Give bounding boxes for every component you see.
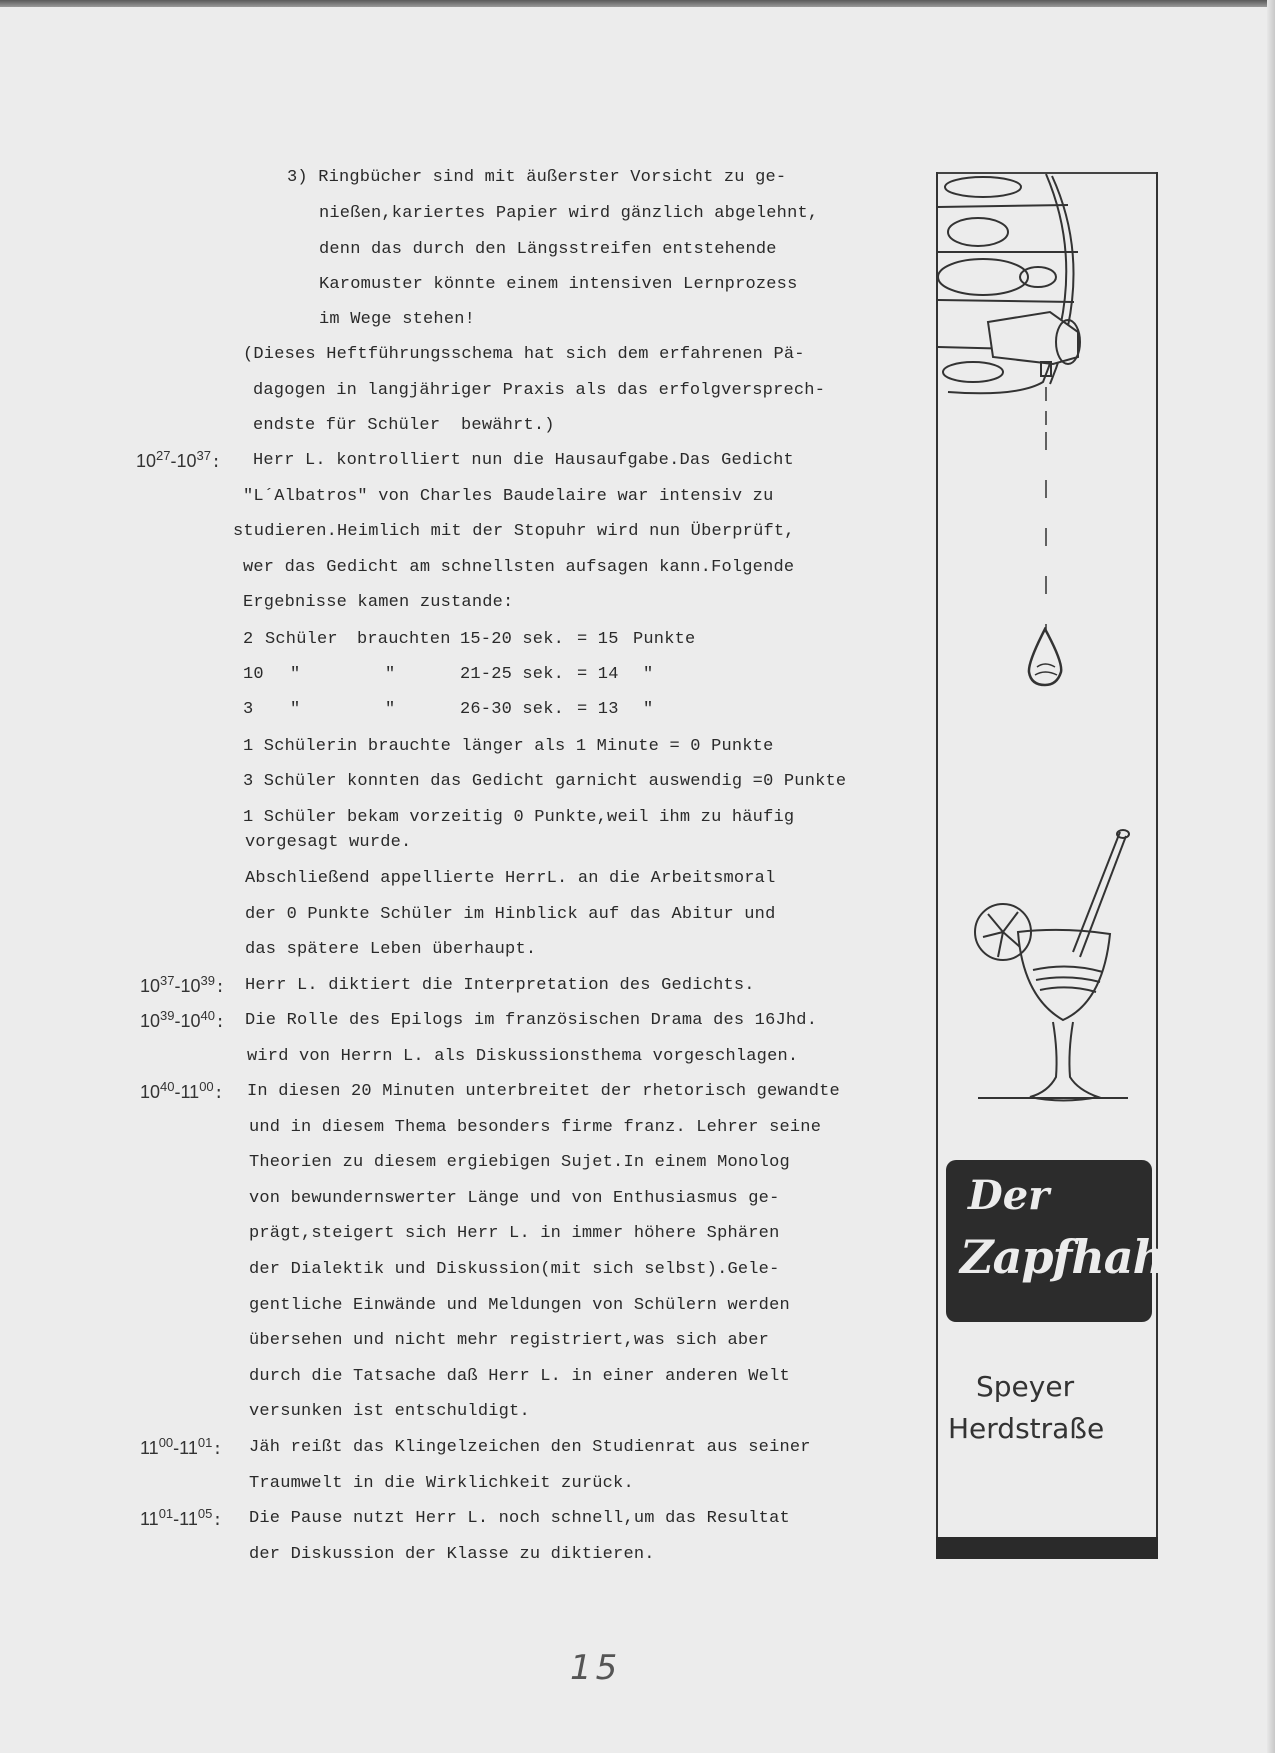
entry-line: Herr L. kontrolliert nun die Hausaufgabe…: [253, 451, 794, 471]
timestamp: 1039-1040:: [140, 1011, 225, 1034]
entry-line: 3 Schüler konnten das Gedicht garnicht a…: [243, 772, 846, 792]
entry-line: vorgesagt wurde.: [245, 833, 411, 853]
entry-line: studieren.Heimlich mit der Stopuhr wird …: [233, 522, 795, 542]
timestamp: 1037-1039:: [140, 976, 225, 999]
document-body: 3) Ringbücher sind mit äußerster Vorsich…: [0, 0, 920, 1753]
logo-text-zapfhahn: Zapfhahn: [960, 1230, 1197, 1284]
note-line: endste für Schüler bewährt.): [253, 416, 555, 436]
timestamp: 1101-1105:: [140, 1509, 223, 1532]
entry-line: "L´Albatros" von Charles Baudelaire war …: [243, 487, 774, 507]
entry-line: 1 Schüler bekam vorzeitig 0 Punkte,weil …: [243, 808, 794, 828]
entry-line: Herr L. diktiert die Interpretation des …: [245, 976, 755, 996]
entry-line: Theorien zu diesem ergiebigen Sujet.In e…: [249, 1153, 790, 1173]
page-number: 15: [570, 1648, 621, 1688]
item3-line: nießen,kariertes Papier wird gänzlich ab…: [319, 204, 818, 224]
timestamp: 1040-1100:: [140, 1082, 224, 1105]
entry-line: Die Pause nutzt Herr L. noch schnell,um …: [249, 1509, 790, 1529]
entry-line: Abschließend appellierte HerrL. an die A…: [245, 869, 776, 889]
timestamp: 1100-1101:: [140, 1438, 223, 1461]
entry-line: der 0 Punkte Schüler im Hinblick auf das…: [245, 905, 776, 925]
barrel-tap-icon: [938, 172, 1156, 432]
entry-line: wird von Herrn L. als Diskussionsthema v…: [247, 1047, 798, 1067]
cocktail-glass-icon: [958, 822, 1148, 1142]
entry-line: der Dialektik und Diskussion(mit sich se…: [249, 1260, 780, 1280]
timestamp: 1027-1037:: [136, 451, 221, 474]
ad-bottom-bar: [936, 1537, 1158, 1559]
entry-line: Traumwelt in die Wirklichkeit zurück.: [249, 1474, 634, 1494]
entry-line: das spätere Leben überhaupt.: [245, 940, 536, 960]
drop-icon: [1023, 627, 1068, 687]
item3-line: Karomuster könnte einem intensiven Lernp…: [319, 275, 797, 295]
entry-line: Jäh reißt das Klingelzeichen den Studien…: [249, 1438, 811, 1458]
entry-line: prägt,steigert sich Herr L. in immer höh…: [249, 1224, 780, 1244]
logo-text-der: Der: [968, 1172, 1049, 1219]
entry-line: gentliche Einwände und Meldungen von Sch…: [249, 1296, 790, 1316]
entry-line: Ergebnisse kamen zustande:: [243, 593, 513, 613]
entry-line: und in diesem Thema besonders firme fran…: [249, 1118, 821, 1138]
drip-line: [938, 432, 1156, 632]
item3-line: 3) Ringbücher sind mit äußerster Vorsich…: [287, 168, 786, 188]
entry-line: In diesen 20 Minuten unterbreitet der rh…: [247, 1082, 840, 1102]
note-line: (Dieses Heftführungsschema hat sich dem …: [243, 345, 805, 365]
item3-line: im Wege stehen!: [319, 310, 475, 330]
ad-street: Herdstraße: [948, 1412, 1104, 1445]
entry-line: versunken ist entschuldigt.: [249, 1402, 530, 1422]
entry-line: von bewundernswerter Länge und von Enthu…: [249, 1189, 780, 1209]
entry-line: Die Rolle des Epilogs im französischen D…: [245, 1011, 817, 1031]
advertisement: Der Zapfhahn Speyer Herdstraße: [936, 172, 1158, 1559]
entry-line: der Diskussion der Klasse zu diktieren.: [249, 1545, 655, 1565]
entry-line: wer das Gedicht am schnellsten aufsagen …: [243, 558, 794, 578]
note-line: dagogen in langjähriger Praxis als das e…: [253, 381, 825, 401]
zapfhahn-logo: Der Zapfhahn: [946, 1160, 1152, 1322]
ad-city: Speyer: [976, 1370, 1074, 1403]
entry-line: 1 Schülerin brauchte länger als 1 Minute…: [243, 737, 774, 757]
item3-line: denn das durch den Längsstreifen entsteh…: [319, 240, 777, 260]
scan-right-edge: [1267, 0, 1275, 1753]
entry-line: übersehen und nicht mehr registriert,was…: [249, 1331, 769, 1351]
entry-line: durch die Tatsache daß Herr L. in einer …: [249, 1367, 790, 1387]
